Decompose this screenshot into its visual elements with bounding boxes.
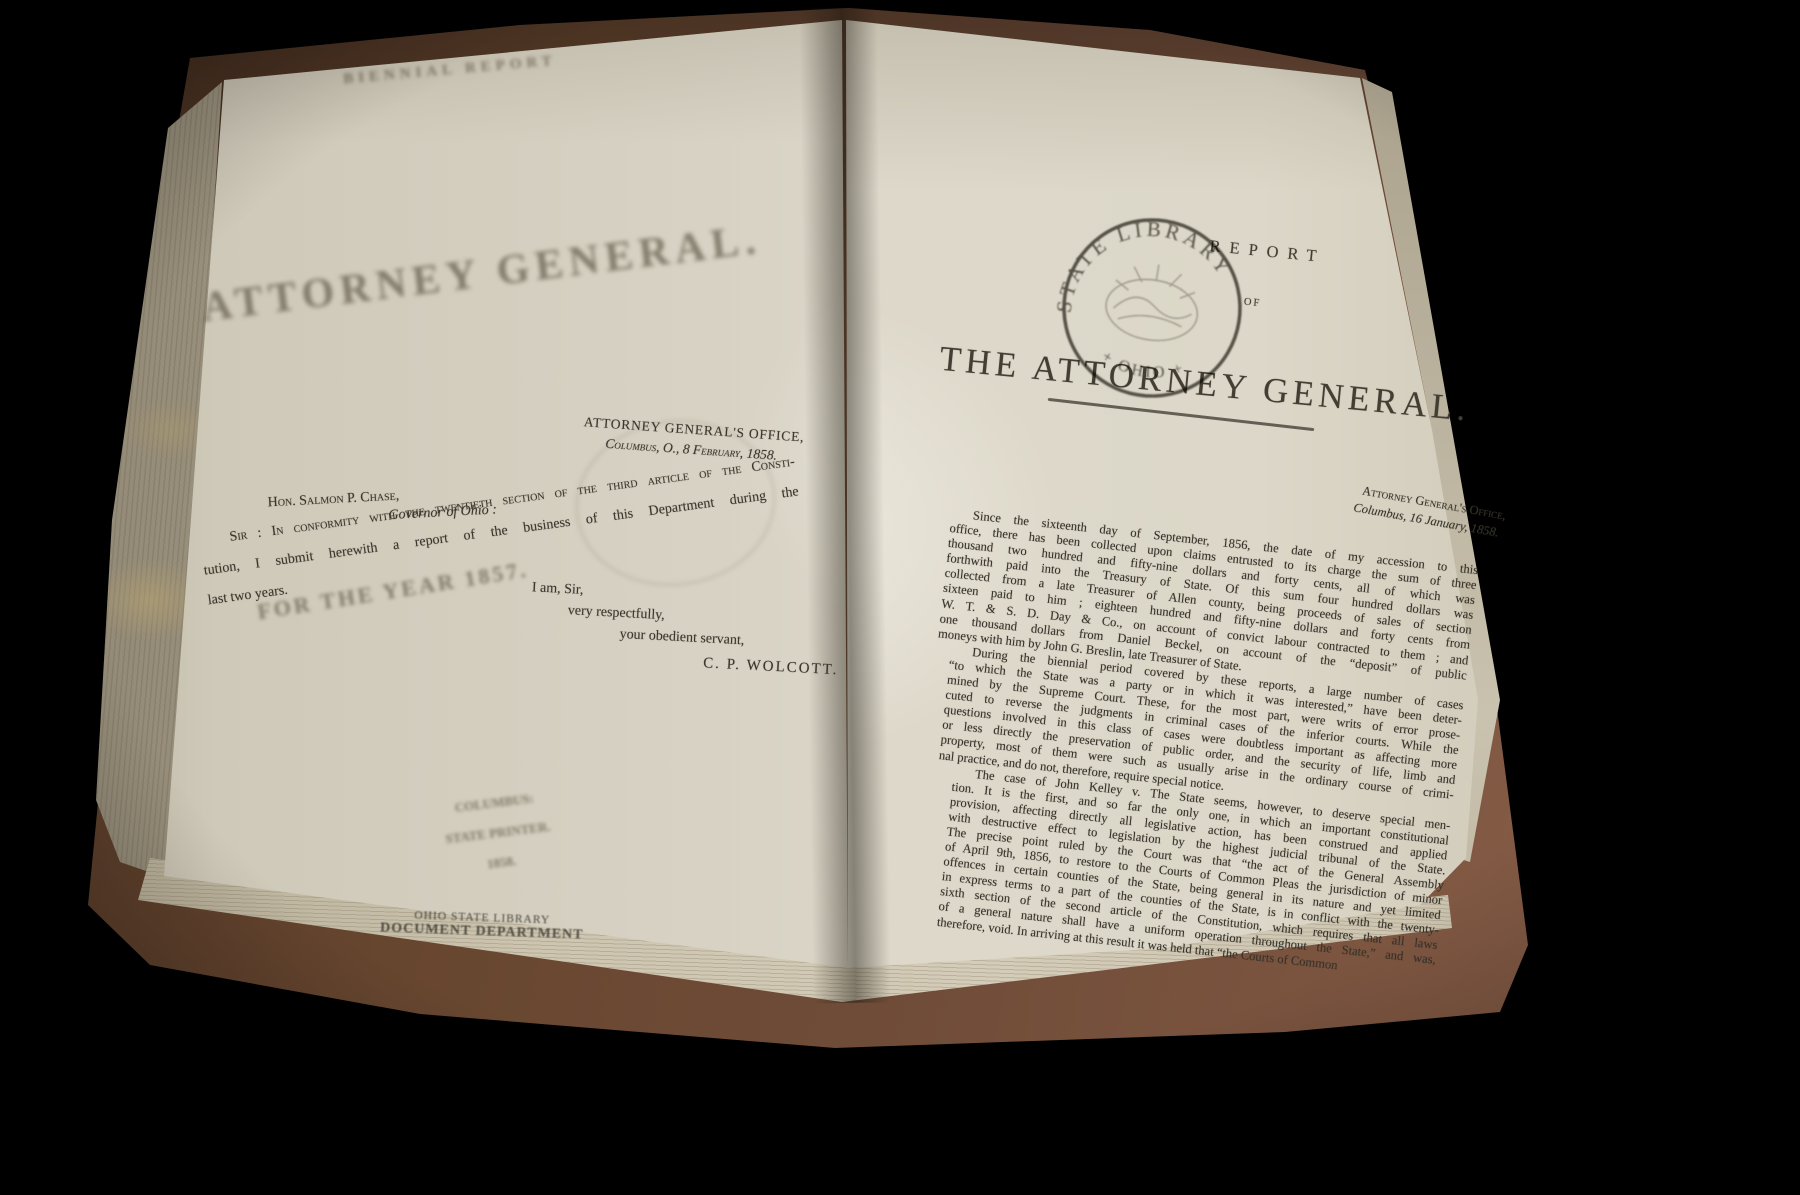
closing-block: I am, Sir, very respectfully, your obedi… [523, 577, 837, 681]
library-stamp: STATE LIBRARY + OHIO + [1035, 191, 1268, 424]
stamp-arc-top-text: STATE LIBRARY [1051, 202, 1243, 338]
svg-text:STATE LIBRARY: STATE LIBRARY [1051, 202, 1243, 338]
book-photo: BIENNIAL REPORT ATTORNEY GENERAL. FOR TH… [0, 0, 1800, 1195]
svg-text:+ OHIO +: + OHIO + [1097, 346, 1190, 387]
report-body: Since the sixteenth day of September, 18… [906, 506, 1479, 983]
gutter-shadow [799, 8, 891, 1004]
stamp-arc-bottom-text: + OHIO + [1097, 346, 1190, 387]
stamp-emblem [1102, 257, 1205, 346]
